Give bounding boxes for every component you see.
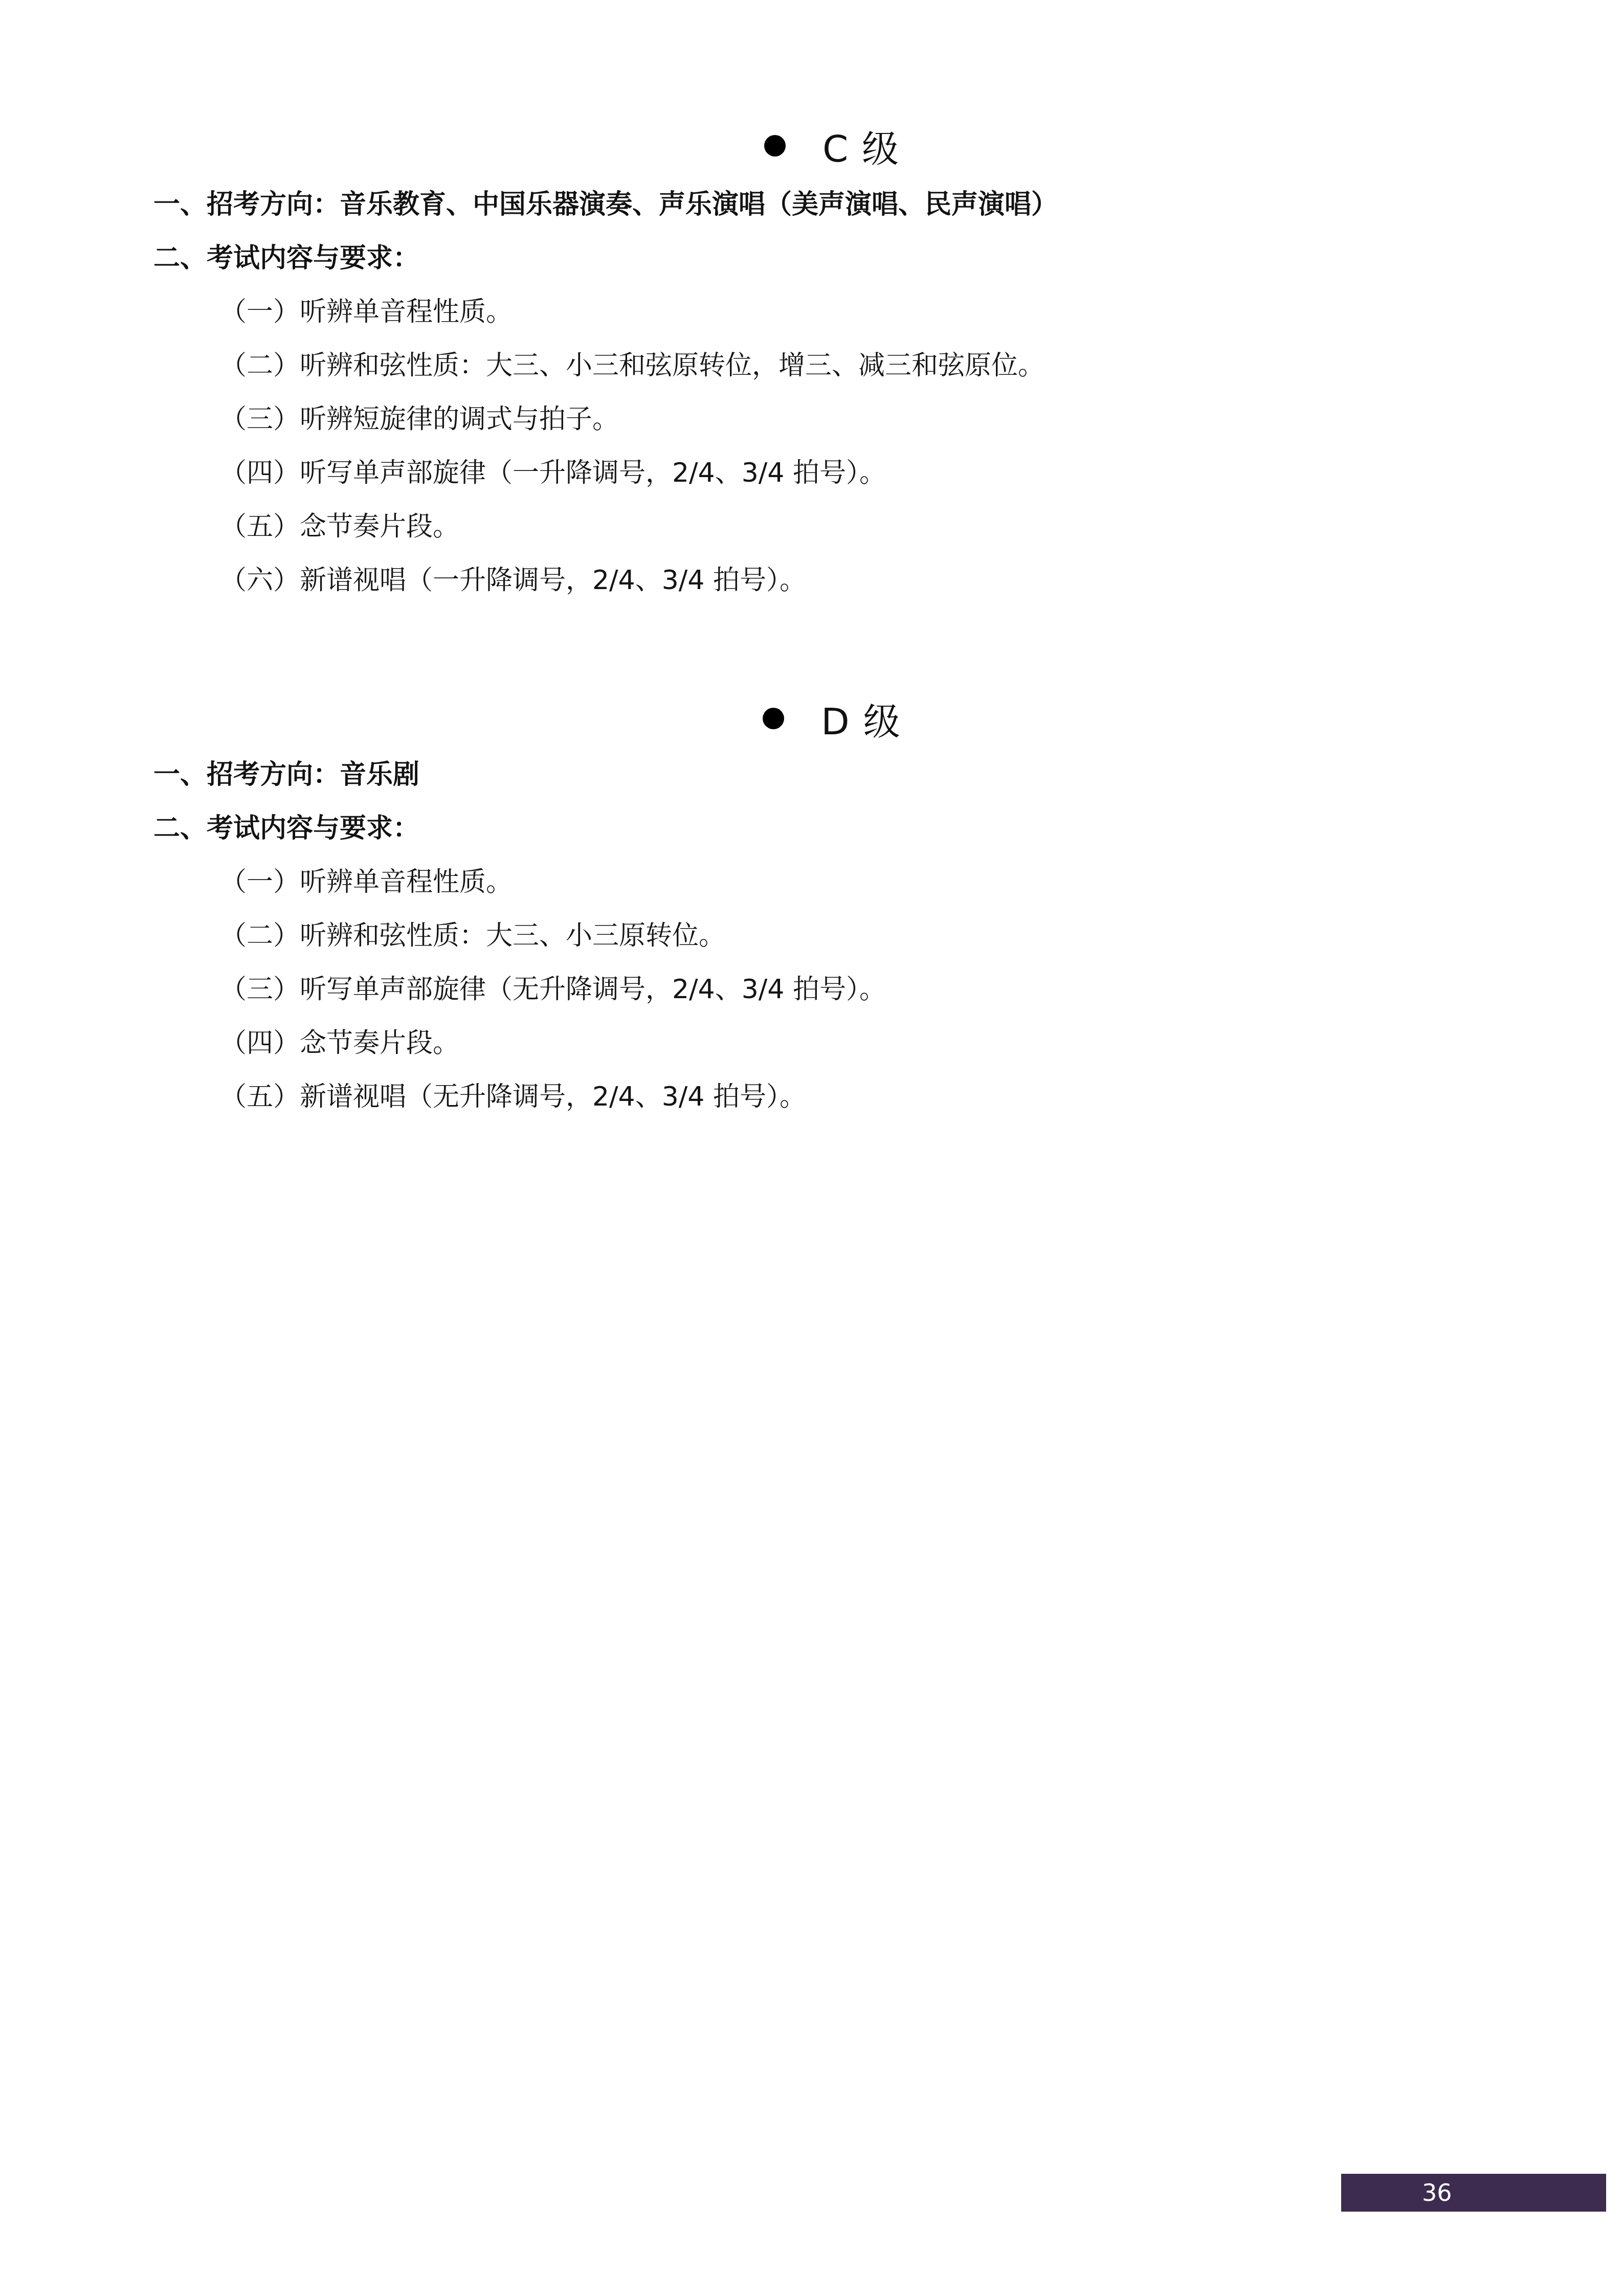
requirements-heading: 二、考试内容与要求： — [153, 811, 419, 846]
section-title-text: D 级 — [821, 692, 901, 745]
list-item: （六）新谱视唱（一升降调号，2/4、3/4 拍号）。 — [220, 562, 806, 598]
list-item: （四）听写单声部旋律（一升降调号，2/4、3/4 拍号）。 — [220, 455, 886, 491]
list-item: （四）念节奏片段。 — [220, 1025, 459, 1061]
list-item: （五）念节奏片段。 — [220, 509, 459, 545]
section-title-d: D 级 — [0, 690, 1623, 747]
list-item: （三）听写单声部旋律（无升降调号，2/4、3/4 拍号）。 — [220, 972, 886, 1007]
list-item: （五）新谱视唱（无升降调号，2/4、3/4 拍号）。 — [220, 1079, 806, 1115]
section-title-c: C 级 — [0, 118, 1623, 174]
page-number: 36 — [1422, 2174, 1452, 2212]
list-item: （二）听辨和弦性质：大三、小三原转位。 — [220, 918, 725, 954]
list-item: （三）听辨短旋律的调式与拍子。 — [220, 401, 619, 437]
list-item: （一）听辨单音程性质。 — [220, 864, 513, 900]
list-item: （一）听辨单音程性质。 — [220, 294, 513, 330]
list-item: （二）听辨和弦性质：大三、小三和弦原转位，增三、减三和弦原位。 — [220, 348, 1044, 384]
bullet-icon — [763, 708, 784, 729]
requirements-heading: 二、考试内容与要求： — [153, 240, 419, 276]
recruit-direction-heading: 一、招考方向：音乐教育、中国乐器演奏、声乐演唱（美声演唱、民声演唱） — [153, 187, 1058, 222]
bullet-icon — [764, 135, 786, 156]
section-title-text: C 级 — [822, 119, 900, 172]
page-footer-bar: 36 — [1341, 2174, 1606, 2212]
recruit-direction-heading: 一、招考方向：音乐剧 — [153, 757, 419, 793]
